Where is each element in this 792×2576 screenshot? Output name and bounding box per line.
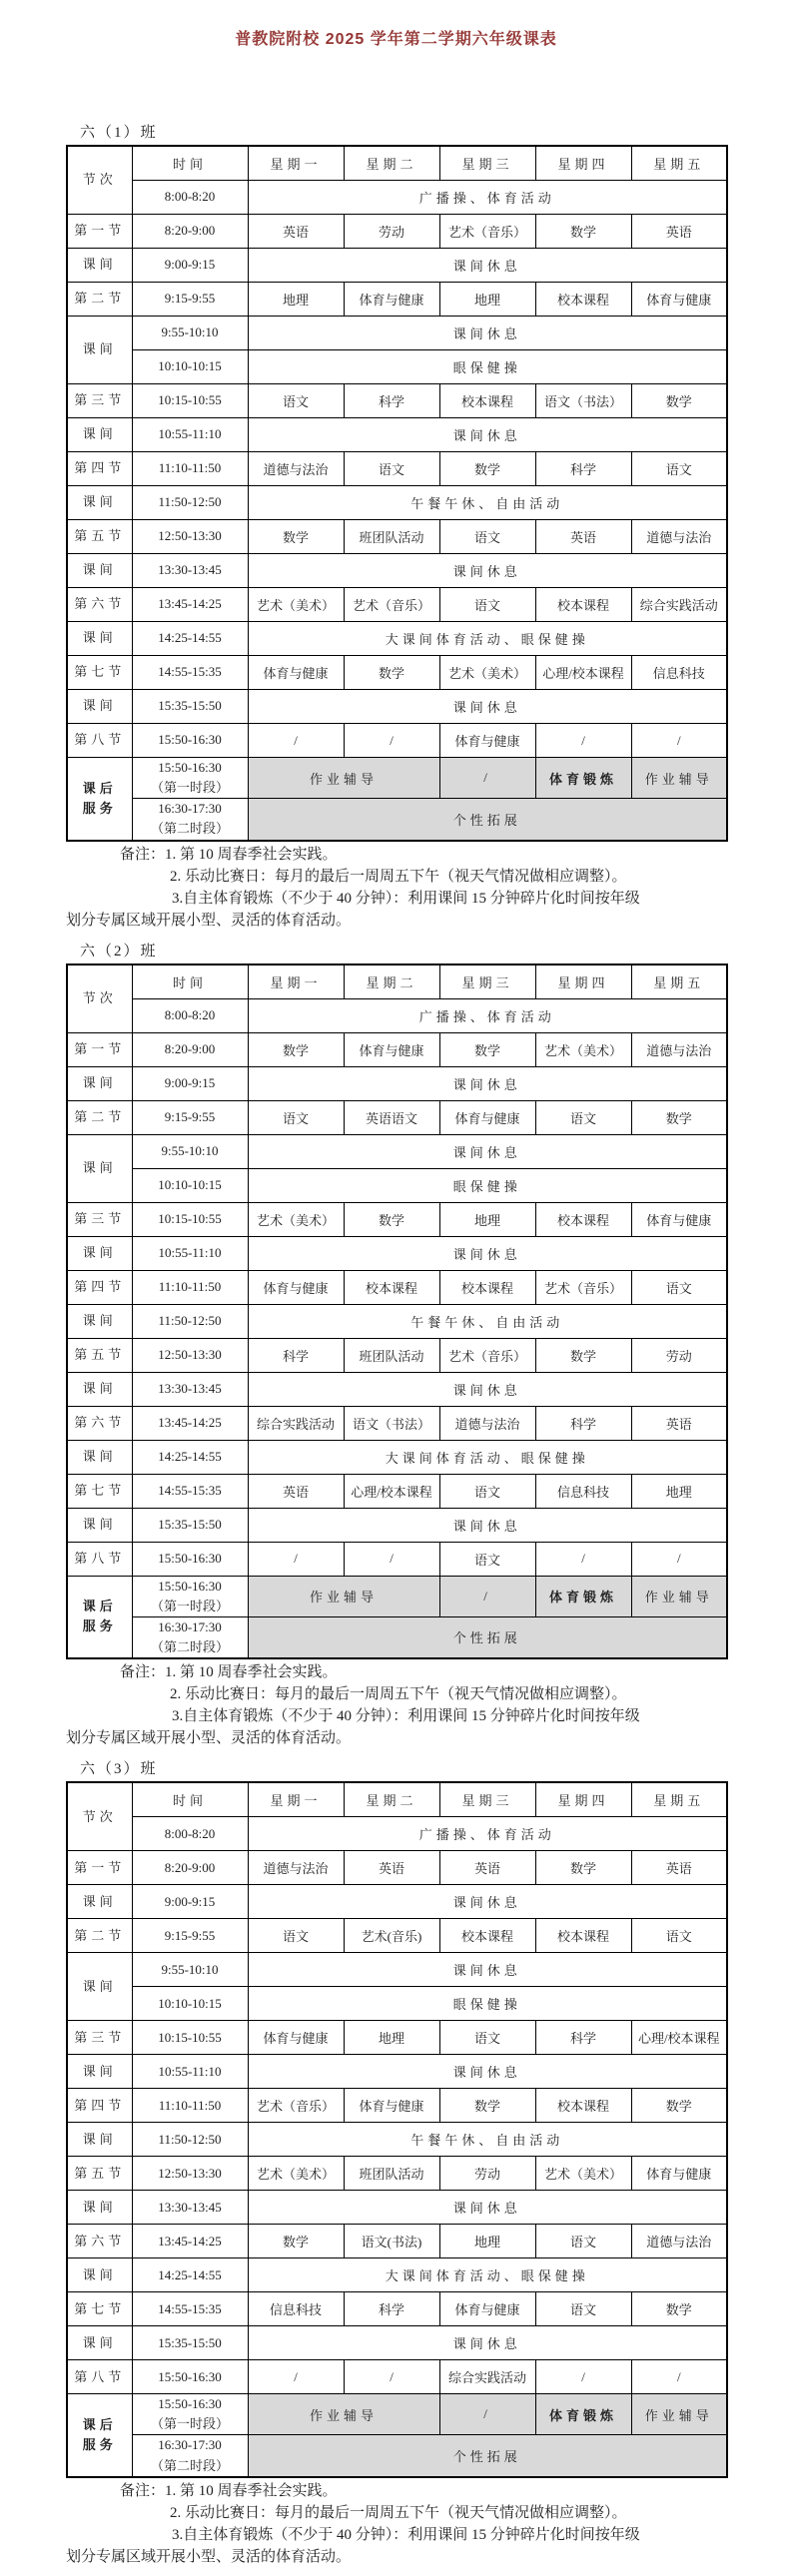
- subject-cell: 数学: [439, 1032, 535, 1066]
- activity-span-cell: 大课间体育活动、眼保健操: [248, 1440, 727, 1474]
- time-cell: 11:50-12:50: [132, 1304, 248, 1338]
- activity-span-cell: 眼保健操: [248, 1987, 727, 2021]
- timetable: 节次时间星期一星期二星期三星期四星期五8:00-8:20广播操、体育活动第一节8…: [66, 964, 728, 1660]
- table-row: 第一节8:20-9:00英语劳动艺术（音乐）数学英语: [67, 215, 727, 249]
- activity-span-cell: 个性拓展: [248, 1616, 727, 1658]
- subject-cell: 英语: [631, 215, 727, 249]
- note-line: 备注：1. 第 10 周春季社会实践。: [66, 1661, 745, 1683]
- subject-cell: 英语: [248, 1474, 344, 1508]
- subject-cell: 校本课程: [439, 384, 535, 418]
- subject-cell: 校本课程: [535, 1919, 631, 1953]
- table-row: 课间14:25-14:55大课间体育活动、眼保健操: [67, 622, 727, 656]
- table-row: 第一节8:20-9:00道德与法治英语英语数学英语: [67, 1851, 727, 1885]
- subject-cell: 艺术（美术）: [439, 656, 535, 690]
- notes-block: 备注：1. 第 10 周春季社会实践。2. 乐动比赛日：每月的最后一周周五下午（…: [66, 844, 745, 932]
- class-section: 六（3）班节次时间星期一星期二星期三星期四星期五8:00-8:20广播操、体育活…: [0, 1757, 792, 2568]
- subject-cell: 科学: [535, 1406, 631, 1440]
- page: 普教院附校 2025 学年第二学期六年级课表 六（1）班节次时间星期一星期二星期…: [0, 0, 792, 2568]
- period-label-cell: 第三节: [67, 1202, 132, 1236]
- subject-cell: 地理: [248, 283, 344, 317]
- time-cell: 11:10-11:50: [132, 452, 248, 486]
- note-line: 划分专属区域开展小型、灵活的体育活动。: [66, 910, 745, 932]
- activity-span-cell: 课间休息: [248, 1953, 727, 1987]
- time-cell: 10:15-10:55: [132, 1202, 248, 1236]
- time-cell: 10:15-10:55: [132, 384, 248, 418]
- subject-cell: 科学: [344, 2292, 439, 2326]
- subject-cell: 校本课程: [535, 283, 631, 317]
- day-header-cell: 星期二: [344, 965, 439, 999]
- table-row: 第六节13:45-14:25数学语文(书法)地理语文道德与法治: [67, 2225, 727, 2258]
- time-cell: 15:35-15:50: [132, 690, 248, 724]
- subject-cell: 班团队活动: [344, 1338, 439, 1372]
- subject-cell: 道德与法治: [439, 1406, 535, 1440]
- period-label-cell: 第二节: [67, 1919, 132, 1953]
- table-row: 课间15:35-15:50课间休息: [67, 2326, 727, 2360]
- period-label-cell: 第一节: [67, 1032, 132, 1066]
- time-cell: 14:55-15:35: [132, 656, 248, 690]
- period-label-cell: 课间: [67, 1066, 132, 1100]
- period-label-cell: 第八节: [67, 724, 132, 758]
- subject-cell: 艺术（音乐）: [439, 215, 535, 249]
- day-header-cell: 星期四: [535, 1782, 631, 1817]
- time-cell: 10:55-11:10: [132, 418, 248, 452]
- subject-cell: 作业辅导: [631, 2394, 727, 2435]
- table-header-row: 节次时间星期一星期二星期三星期四星期五: [67, 1782, 727, 1817]
- subject-cell: 班团队活动: [344, 2157, 439, 2191]
- subject-cell: /: [535, 2360, 631, 2394]
- subject-cell: 语文: [535, 2292, 631, 2326]
- time-cell: 11:10-11:50: [132, 2089, 248, 2123]
- table-row: 第六节13:45-14:25艺术（美术）艺术（音乐）语文校本课程综合实践活动: [67, 588, 727, 622]
- activity-span-cell: 课间休息: [248, 1885, 727, 1919]
- subject-cell: 科学: [535, 452, 631, 486]
- subject-cell: 体育与健康: [631, 283, 727, 317]
- sections: 六（1）班节次时间星期一星期二星期三星期四星期五8:00-8:20广播操、体育活…: [0, 121, 792, 2568]
- period-label-cell: 第一节: [67, 215, 132, 249]
- time-cell: 9:55-10:10: [132, 1134, 248, 1168]
- time-cell: 12:50-13:30: [132, 1338, 248, 1372]
- subject-cell: 校本课程: [535, 588, 631, 622]
- subject-cell: 语文(书法): [344, 2225, 439, 2258]
- time-cell: 9:55-10:10: [132, 317, 248, 350]
- subject-cell: /: [631, 2360, 727, 2394]
- subject-cell: 体育与健康: [344, 2089, 439, 2123]
- activity-span-cell: 午餐午休、自由活动: [248, 2123, 727, 2157]
- subject-cell: 艺术（美术）: [535, 1032, 631, 1066]
- time-cell: 14:55-15:35: [132, 1474, 248, 1508]
- subject-cell: 体育与健康: [344, 283, 439, 317]
- subject-cell: 数学: [344, 656, 439, 690]
- day-header-cell: 星期五: [631, 1782, 727, 1817]
- subject-cell: 语文: [439, 588, 535, 622]
- subject-cell: 艺术(音乐): [344, 1919, 439, 1953]
- period-label-cell: 课间: [67, 418, 132, 452]
- subject-cell: 地理: [344, 2021, 439, 2055]
- subject-cell: 道德与法治: [248, 1851, 344, 1885]
- timetable: 节次时间星期一星期二星期三星期四星期五8:00-8:20广播操、体育活动第一节8…: [66, 1781, 728, 2478]
- time-header-cell: 时间: [132, 965, 248, 999]
- period-label-cell: 课后 服务: [67, 758, 132, 841]
- table-row: 第四节11:10-11:50体育与健康校本课程校本课程艺术（音乐）语文: [67, 1270, 727, 1304]
- period-label-cell: 课间: [67, 2326, 132, 2360]
- time-cell: 11:50-12:50: [132, 2123, 248, 2157]
- time-cell: 10:15-10:55: [132, 2021, 248, 2055]
- subject-cell: 道德与法治: [631, 520, 727, 554]
- day-header-cell: 星期二: [344, 146, 439, 181]
- class-name-label: 六（2）班: [80, 940, 792, 961]
- period-label-cell: 第一节: [67, 1851, 132, 1885]
- subject-cell: 体育锻炼: [535, 758, 631, 799]
- note-line: 2. 乐动比赛日：每月的最后一周周五下午（视天气情况做相应调整）。: [66, 866, 745, 888]
- time-cell: 12:50-13:30: [132, 2157, 248, 2191]
- subject-cell: /: [631, 724, 727, 758]
- table-row: 课间15:35-15:50课间休息: [67, 690, 727, 724]
- subject-cell: /: [248, 1542, 344, 1576]
- period-label-cell: 第四节: [67, 452, 132, 486]
- subject-cell: 数学: [344, 1202, 439, 1236]
- activity-span-cell: 午餐午休、自由活动: [248, 1304, 727, 1338]
- period-label-cell: 第二节: [67, 1100, 132, 1134]
- subject-cell: 体育与健康: [248, 2021, 344, 2055]
- note-line: 2. 乐动比赛日：每月的最后一周周五下午（视天气情况做相应调整）。: [66, 1683, 745, 1705]
- time-cell: 10:10-10:15: [132, 350, 248, 384]
- subject-cell: 心理/校本课程: [631, 2021, 727, 2055]
- table-row: 第三节10:15-10:55体育与健康地理语文科学心理/校本课程: [67, 2021, 727, 2055]
- note-line: 3.自主体育锻炼（不少于 40 分钟）：利用课间 15 分钟碎片化时间按年级: [66, 888, 745, 910]
- table-row: 16:30-17:30 （第二时段）个性拓展: [67, 799, 727, 841]
- table-row: 第二节9:15-9:55地理体育与健康地理校本课程体育与健康: [67, 283, 727, 317]
- activity-span-cell: 大课间体育活动、眼保健操: [248, 2258, 727, 2292]
- activity-span-cell: 课间休息: [248, 690, 727, 724]
- table-row: 16:30-17:30 （第二时段）个性拓展: [67, 1616, 727, 1658]
- table-row: 课间13:30-13:45课间休息: [67, 2191, 727, 2225]
- time-cell: 8:00-8:20: [132, 1817, 248, 1851]
- table-row: 课间10:55-11:10课间休息: [67, 2055, 727, 2089]
- day-header-cell: 星期三: [439, 146, 535, 181]
- subject-cell: 语文: [439, 1474, 535, 1508]
- period-label-cell: 课间: [67, 1440, 132, 1474]
- table-row: 课间15:35-15:50课间休息: [67, 1508, 727, 1542]
- time-cell: 8:20-9:00: [132, 1032, 248, 1066]
- subject-cell: 体育与健康: [344, 1032, 439, 1066]
- activity-span-cell: 课间休息: [248, 1372, 727, 1406]
- subject-cell: 艺术（音乐）: [344, 588, 439, 622]
- subject-cell: 艺术（美术）: [248, 1202, 344, 1236]
- activity-span-cell: 广播操、体育活动: [248, 181, 727, 215]
- time-cell: 9:15-9:55: [132, 1919, 248, 1953]
- period-label-cell: 课间: [67, 622, 132, 656]
- subject-cell: 英语: [344, 1851, 439, 1885]
- table-header-row: 节次时间星期一星期二星期三星期四星期五: [67, 146, 727, 181]
- subject-cell: /: [439, 758, 535, 799]
- subject-cell: 体育与健康: [631, 1202, 727, 1236]
- table-row: 课间13:30-13:45课间休息: [67, 1372, 727, 1406]
- time-cell: 13:45-14:25: [132, 1406, 248, 1440]
- activity-span-cell: 课间休息: [248, 2326, 727, 2360]
- day-header-cell: 星期四: [535, 965, 631, 999]
- period-label-cell: 课间: [67, 1134, 132, 1202]
- table-row: 课间10:55-11:10课间休息: [67, 1236, 727, 1270]
- day-header-cell: 星期一: [248, 146, 344, 181]
- time-cell: 10:55-11:10: [132, 2055, 248, 2089]
- time-cell: 9:15-9:55: [132, 283, 248, 317]
- period-label-cell: 第四节: [67, 2089, 132, 2123]
- day-header-cell: 星期五: [631, 965, 727, 999]
- time-cell: 16:30-17:30 （第二时段）: [132, 2435, 248, 2477]
- time-cell: 16:30-17:30 （第二时段）: [132, 799, 248, 841]
- subject-cell: 科学: [535, 2021, 631, 2055]
- subject-cell: 地理: [439, 283, 535, 317]
- subject-cell: 综合实践活动: [248, 1406, 344, 1440]
- subject-cell: /: [248, 724, 344, 758]
- time-cell: 15:35-15:50: [132, 2326, 248, 2360]
- subject-cell: 体育锻炼: [535, 2394, 631, 2435]
- subject-cell: 艺术（音乐）: [439, 1338, 535, 1372]
- day-header-cell: 星期二: [344, 1782, 439, 1817]
- table-row: 第一节8:20-9:00数学体育与健康数学艺术（美术）道德与法治: [67, 1032, 727, 1066]
- table-row: 第四节11:10-11:50艺术（音乐）体育与健康数学校本课程数学: [67, 2089, 727, 2123]
- subject-cell: 班团队活动: [344, 520, 439, 554]
- table-row: 课间10:55-11:10课间休息: [67, 418, 727, 452]
- subject-cell: 数学: [631, 2292, 727, 2326]
- period-label-cell: 课间: [67, 2191, 132, 2225]
- subject-cell: 信息科技: [631, 656, 727, 690]
- period-label-cell: 课间: [67, 1885, 132, 1919]
- day-header-cell: 星期三: [439, 1782, 535, 1817]
- table-row: 8:00-8:20广播操、体育活动: [67, 1817, 727, 1851]
- subject-cell: 语文（书法）: [344, 1406, 439, 1440]
- table-row: 第二节9:15-9:55语文英语语文体育与健康语文数学: [67, 1100, 727, 1134]
- time-cell: 15:50-16:30 （第一时段）: [132, 1576, 248, 1616]
- subject-cell: 数学: [248, 2225, 344, 2258]
- activity-span-cell: 课间休息: [248, 418, 727, 452]
- period-label-cell: 课间: [67, 249, 132, 283]
- table-row: 第二节9:15-9:55语文艺术(音乐)校本课程校本课程语文: [67, 1919, 727, 1953]
- time-cell: 12:50-13:30: [132, 520, 248, 554]
- table-row: 课间9:55-10:10课间休息: [67, 1134, 727, 1168]
- subject-cell: 作业辅导: [631, 758, 727, 799]
- subject-cell: /: [535, 1542, 631, 1576]
- timetable: 节次时间星期一星期二星期三星期四星期五8:00-8:20广播操、体育活动第一节8…: [66, 145, 728, 842]
- activity-span-cell: 课间休息: [248, 1066, 727, 1100]
- table-row: 第三节10:15-10:55艺术（美术）数学地理校本课程体育与健康: [67, 1202, 727, 1236]
- subject-cell: /: [439, 1576, 535, 1616]
- subject-cell: 劳动: [439, 2157, 535, 2191]
- period-label-cell: 课后 服务: [67, 2394, 132, 2477]
- subject-cell: 道德与法治: [248, 452, 344, 486]
- table-row: 课间14:25-14:55大课间体育活动、眼保健操: [67, 2258, 727, 2292]
- time-cell: 15:50-16:30: [132, 724, 248, 758]
- subject-cell: 语文: [439, 1542, 535, 1576]
- period-label-cell: 课后 服务: [67, 1576, 132, 1658]
- table-row: 课间9:00-9:15课间休息: [67, 1066, 727, 1100]
- table-row: 第四节11:10-11:50道德与法治语文数学科学语文: [67, 452, 727, 486]
- period-label-cell: 第六节: [67, 1406, 132, 1440]
- subject-cell: 道德与法治: [631, 1032, 727, 1066]
- day-header-cell: 星期三: [439, 965, 535, 999]
- period-header-cell: 节次: [67, 146, 132, 215]
- table-row: 第八节15:50-16:30//语文//: [67, 1542, 727, 1576]
- time-cell: 8:20-9:00: [132, 215, 248, 249]
- subject-cell: 艺术（音乐）: [535, 1270, 631, 1304]
- table-row: 10:10-10:15眼保健操: [67, 350, 727, 384]
- subject-cell: 数学: [631, 384, 727, 418]
- subject-cell: 数学: [631, 2089, 727, 2123]
- subject-cell: 作业辅导: [248, 1576, 439, 1616]
- subject-cell: 劳动: [344, 215, 439, 249]
- subject-cell: 体育与健康: [248, 656, 344, 690]
- subject-cell: 体育与健康: [439, 1100, 535, 1134]
- activity-span-cell: 课间休息: [248, 1508, 727, 1542]
- time-cell: 9:15-9:55: [132, 1100, 248, 1134]
- subject-cell: 作业辅导: [248, 758, 439, 799]
- period-label-cell: 第四节: [67, 1270, 132, 1304]
- time-cell: 9:55-10:10: [132, 1953, 248, 1987]
- class-name-label: 六（1）班: [80, 121, 792, 142]
- period-label-cell: 课间: [67, 317, 132, 384]
- period-header-cell: 节次: [67, 1782, 132, 1851]
- table-row: 第五节12:50-13:30数学班团队活动语文英语道德与法治: [67, 520, 727, 554]
- note-line: 3.自主体育锻炼（不少于 40 分钟）：利用课间 15 分钟碎片化时间按年级: [66, 1705, 745, 1727]
- subject-cell: 数学: [248, 520, 344, 554]
- time-cell: 14:25-14:55: [132, 622, 248, 656]
- time-cell: 14:25-14:55: [132, 1440, 248, 1474]
- subject-cell: 语文（书法）: [535, 384, 631, 418]
- period-label-cell: 第三节: [67, 2021, 132, 2055]
- subject-cell: 语文: [631, 1919, 727, 1953]
- subject-cell: 艺术（美术）: [248, 2157, 344, 2191]
- subject-cell: 地理: [439, 1202, 535, 1236]
- notes-block: 备注：1. 第 10 周春季社会实践。2. 乐动比赛日：每月的最后一周周五下午（…: [66, 2480, 745, 2568]
- subject-cell: 语文: [439, 2021, 535, 2055]
- activity-span-cell: 课间休息: [248, 317, 727, 350]
- period-label-cell: 课间: [67, 1953, 132, 2021]
- note-line: 划分专属区域开展小型、灵活的体育活动。: [66, 1727, 745, 1749]
- time-cell: 8:20-9:00: [132, 1851, 248, 1885]
- table-row: 课间11:50-12:50午餐午休、自由活动: [67, 1304, 727, 1338]
- time-cell: 15:50-16:30: [132, 1542, 248, 1576]
- activity-span-cell: 个性拓展: [248, 2435, 727, 2477]
- subject-cell: 数学: [439, 452, 535, 486]
- table-row: 第五节12:50-13:30艺术（美术）班团队活动劳动艺术（美术）体育与健康: [67, 2157, 727, 2191]
- subject-cell: 语文: [535, 1100, 631, 1134]
- time-cell: 13:30-13:45: [132, 2191, 248, 2225]
- day-header-cell: 星期四: [535, 146, 631, 181]
- subject-cell: 作业辅导: [248, 2394, 439, 2435]
- notes-block: 备注：1. 第 10 周春季社会实践。2. 乐动比赛日：每月的最后一周周五下午（…: [66, 1661, 745, 1749]
- day-header-cell: 星期一: [248, 1782, 344, 1817]
- subject-cell: 校本课程: [535, 2089, 631, 2123]
- period-label-cell: 第七节: [67, 1474, 132, 1508]
- subject-cell: 心理/校本课程: [535, 656, 631, 690]
- subject-cell: 语文: [248, 384, 344, 418]
- period-header-cell: 节次: [67, 965, 132, 1033]
- subject-cell: 体育与健康: [631, 2157, 727, 2191]
- time-cell: 11:10-11:50: [132, 1270, 248, 1304]
- period-label-cell: 课间: [67, 690, 132, 724]
- table-row: 课间9:00-9:15课间休息: [67, 249, 727, 283]
- time-cell: 13:30-13:45: [132, 554, 248, 588]
- time-cell: 13:45-14:25: [132, 2225, 248, 2258]
- subject-cell: /: [439, 2394, 535, 2435]
- period-label-cell: 第七节: [67, 656, 132, 690]
- activity-span-cell: 课间休息: [248, 2191, 727, 2225]
- period-label-cell: 第三节: [67, 384, 132, 418]
- time-cell: 8:00-8:20: [132, 998, 248, 1032]
- subject-cell: 艺术（音乐）: [248, 2089, 344, 2123]
- activity-span-cell: 课间休息: [248, 249, 727, 283]
- subject-cell: 科学: [344, 384, 439, 418]
- subject-cell: 劳动: [631, 1338, 727, 1372]
- period-label-cell: 课间: [67, 2055, 132, 2089]
- table-row: 8:00-8:20广播操、体育活动: [67, 181, 727, 215]
- note-line: 2. 乐动比赛日：每月的最后一周周五下午（视天气情况做相应调整）。: [66, 2502, 745, 2524]
- activity-span-cell: 课间休息: [248, 2055, 727, 2089]
- period-label-cell: 课间: [67, 2123, 132, 2157]
- subject-cell: 校本课程: [535, 1202, 631, 1236]
- activity-span-cell: 午餐午休、自由活动: [248, 486, 727, 520]
- table-row: 第八节15:50-16:30//体育与健康//: [67, 724, 727, 758]
- subject-cell: 科学: [248, 1338, 344, 1372]
- time-cell: 11:50-12:50: [132, 486, 248, 520]
- subject-cell: 语文: [344, 452, 439, 486]
- activity-span-cell: 眼保健操: [248, 1168, 727, 1202]
- subject-cell: 综合实践活动: [631, 588, 727, 622]
- subject-cell: /: [344, 1542, 439, 1576]
- subject-cell: 语文: [439, 520, 535, 554]
- period-label-cell: 第八节: [67, 2360, 132, 2394]
- subject-cell: 校本课程: [344, 1270, 439, 1304]
- subject-cell: 英语语文: [344, 1100, 439, 1134]
- subject-cell: 语文: [631, 452, 727, 486]
- day-header-cell: 星期一: [248, 965, 344, 999]
- period-label-cell: 第七节: [67, 2292, 132, 2326]
- subject-cell: 艺术（美术）: [248, 588, 344, 622]
- period-label-cell: 第六节: [67, 588, 132, 622]
- class-section: 六（1）班节次时间星期一星期二星期三星期四星期五8:00-8:20广播操、体育活…: [0, 121, 792, 932]
- activity-span-cell: 个性拓展: [248, 799, 727, 841]
- activity-span-cell: 课间休息: [248, 1134, 727, 1168]
- activity-span-cell: 眼保健操: [248, 350, 727, 384]
- time-cell: 9:00-9:15: [132, 249, 248, 283]
- class-name-label: 六（3）班: [80, 1757, 792, 1778]
- table-row: 课后 服务15:50-16:30 （第一时段）作业辅导/体育锻炼作业辅导: [67, 2394, 727, 2435]
- table-row: 课后 服务15:50-16:30 （第一时段）作业辅导/体育锻炼作业辅导: [67, 1576, 727, 1616]
- period-label-cell: 第五节: [67, 2157, 132, 2191]
- table-row: 课间11:50-12:50午餐午休、自由活动: [67, 486, 727, 520]
- table-row: 课间13:30-13:45课间休息: [67, 554, 727, 588]
- table-row: 课间11:50-12:50午餐午休、自由活动: [67, 2123, 727, 2157]
- time-cell: 10:10-10:15: [132, 1987, 248, 2021]
- subject-cell: 地理: [439, 2225, 535, 2258]
- activity-span-cell: 广播操、体育活动: [248, 998, 727, 1032]
- time-cell: 10:55-11:10: [132, 1236, 248, 1270]
- page-title: 普教院附校 2025 学年第二学期六年级课表: [0, 26, 792, 49]
- table-row: 8:00-8:20广播操、体育活动: [67, 998, 727, 1032]
- subject-cell: 体育与健康: [248, 1270, 344, 1304]
- time-cell: 9:00-9:15: [132, 1885, 248, 1919]
- table-row: 课间14:25-14:55大课间体育活动、眼保健操: [67, 1440, 727, 1474]
- subject-cell: /: [631, 1542, 727, 1576]
- note-line: 备注：1. 第 10 周春季社会实践。: [66, 2480, 745, 2502]
- period-label-cell: 课间: [67, 1372, 132, 1406]
- time-cell: 15:50-16:30: [132, 2360, 248, 2394]
- subject-cell: 信息科技: [248, 2292, 344, 2326]
- class-section: 六（2）班节次时间星期一星期二星期三星期四星期五8:00-8:20广播操、体育活…: [0, 940, 792, 1750]
- subject-cell: 英语: [248, 215, 344, 249]
- subject-cell: /: [535, 724, 631, 758]
- table-row: 课间9:55-10:10课间休息: [67, 1953, 727, 1987]
